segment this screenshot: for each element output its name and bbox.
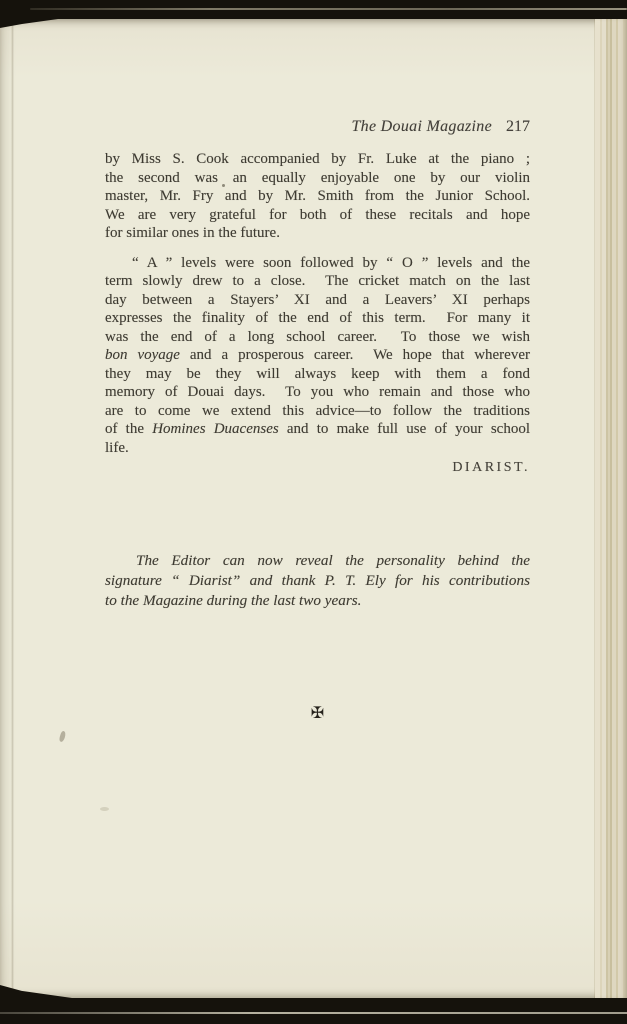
- italic-text: Homines Duacenses: [152, 421, 279, 437]
- book-binding-top: [0, 0, 627, 19]
- text-line: signature “ Diarist” and thank P. T. Ely…: [105, 571, 530, 591]
- text-segment: day between a Stayers’ XI and a Leavers’…: [105, 292, 530, 308]
- magazine-title: The Douai Magazine: [351, 118, 492, 135]
- text-segment: the second was an equally enjoyable one …: [105, 170, 530, 186]
- text-segment: The Editor can now reveal the personalit…: [136, 552, 530, 569]
- page-number: 217: [506, 118, 530, 135]
- text-line: of the Homines Duacenses and to make ful…: [105, 420, 530, 439]
- text-line: memory of Douai days. To you who remain …: [105, 383, 530, 402]
- text-line: bon voyage and a prosperous career. We h…: [105, 346, 530, 365]
- text-segment: expresses the finality of the end of thi…: [105, 310, 530, 326]
- body-paragraphs: by Miss S. Cook accompanied by Fr. Luke …: [105, 150, 530, 457]
- text-line: “ A ” levels were soon followed by “ O ”…: [105, 254, 530, 273]
- text-segment: are to come we extend this advice—to fol…: [105, 403, 530, 419]
- text-line: master, Mr. Fry and by Mr. Smith from th…: [105, 187, 530, 206]
- text-line: life.: [105, 439, 530, 458]
- text-line: to the Magazine during the last two year…: [105, 591, 530, 611]
- paragraph: “ A ” levels were soon followed by “ O ”…: [105, 254, 530, 458]
- cross-ornament: ✠: [105, 703, 530, 723]
- text-segment: We are very grateful for both of these r…: [105, 207, 530, 223]
- text-segment: term slowly drew to a close. The cricket…: [105, 273, 530, 289]
- page-content: The Douai Magazine217 by Miss S. Cook ac…: [105, 117, 530, 478]
- text-segment: memory of Douai days. To you who remain …: [105, 384, 530, 400]
- text-segment: master, Mr. Fry and by Mr. Smith from th…: [105, 188, 530, 204]
- paper-blemish: [100, 807, 109, 811]
- text-segment: to the Magazine during the last two year…: [105, 592, 361, 609]
- text-line: for similar ones in the future.: [105, 224, 530, 243]
- running-header: The Douai Magazine217: [105, 117, 530, 136]
- text-line: We are very grateful for both of these r…: [105, 206, 530, 225]
- editor-note: The Editor can now reveal the personalit…: [105, 551, 530, 610]
- text-line: was the end of a long school career. To …: [105, 328, 530, 347]
- page-edge-stack: [594, 19, 627, 998]
- text-line: expresses the finality of the end of thi…: [105, 309, 530, 328]
- italic-text: bon voyage: [105, 347, 180, 363]
- diarist-signature: DIARIST.: [105, 459, 530, 478]
- book-scan: The Douai Magazine217 by Miss S. Cook ac…: [0, 0, 627, 1024]
- book-binding-bottom: [0, 998, 627, 1024]
- text-segment: and a prosperous career. We hope that wh…: [180, 347, 530, 363]
- maltese-cross-icon: ✠: [311, 705, 324, 722]
- text-segment: “ A ” levels were soon followed by “ O ”…: [132, 255, 530, 271]
- text-segment: life.: [105, 440, 129, 456]
- text-line: they may be they will always keep with t…: [105, 365, 530, 384]
- text-segment: they may be they will always keep with t…: [105, 366, 530, 382]
- text-line: are to come we extend this advice—to fol…: [105, 402, 530, 421]
- text-segment: signature “ Diarist” and thank P. T. Ely…: [105, 572, 530, 589]
- text-segment: of the: [105, 421, 152, 437]
- gutter-crease: [11, 19, 14, 998]
- editor-note-lines: The Editor can now reveal the personalit…: [105, 551, 530, 610]
- text-segment: was the end of a long school career. To …: [105, 329, 530, 345]
- text-line: day between a Stayers’ XI and a Leavers’…: [105, 291, 530, 310]
- text-line: by Miss S. Cook accompanied by Fr. Luke …: [105, 150, 530, 169]
- text-segment: and to make full use of your school: [279, 421, 530, 437]
- text-segment: by Miss S. Cook accompanied by Fr. Luke …: [105, 151, 530, 167]
- paper-blemish: [58, 730, 66, 742]
- text-line: The Editor can now reveal the personalit…: [105, 551, 530, 571]
- text-line: term slowly drew to a close. The cricket…: [105, 272, 530, 291]
- text-segment: for similar ones in the future.: [105, 225, 280, 241]
- text-line: the second was an equally enjoyable one …: [105, 169, 530, 188]
- paragraph: by Miss S. Cook accompanied by Fr. Luke …: [105, 150, 530, 243]
